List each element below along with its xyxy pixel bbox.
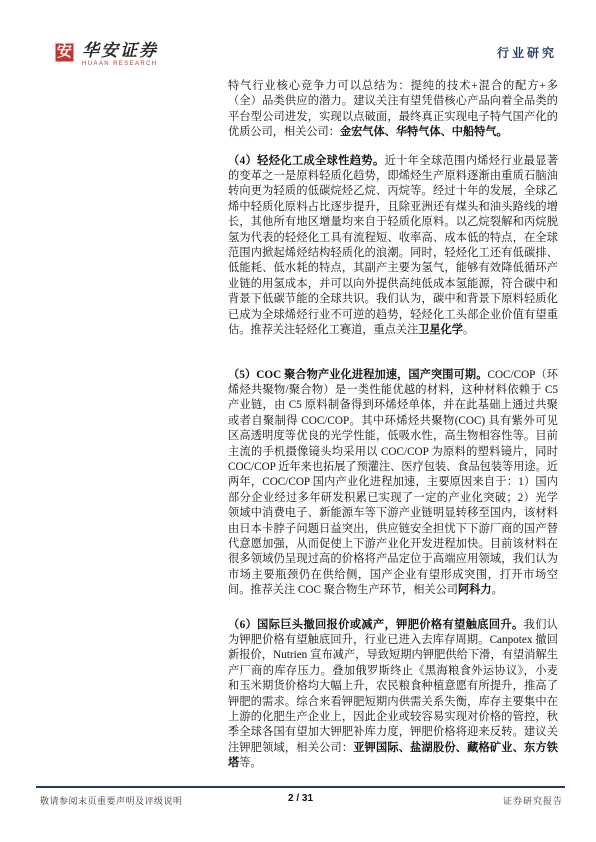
text-segment: 。	[463, 324, 474, 336]
text-segment-bold: 卫星化学	[418, 324, 463, 336]
text-segment: 近十年全球范围内烯烃行业最显著的变革之一是原料轻质化趋势，即烯烃生产原料逐渐由重…	[228, 155, 558, 336]
paragraph: 特气行业核心竞争力可以总结为：提纯的技术+混合的配方+多（全）品类供应的潜力。建…	[228, 79, 558, 141]
text-segment-bold: （4）轻烃化工成全球性趋势。	[228, 155, 385, 167]
paragraph: （6）国际巨头撤回报价或减产，钾肥价格有望触底回升。我们认为钾肥价格有望触底回升…	[228, 618, 558, 772]
brand-subtitle: HUAAN RESEARCH	[82, 61, 158, 67]
report-type-label: 行业研究	[497, 44, 557, 61]
page-header: 安 华安证券 HUAAN RESEARCH 行业研究	[48, 40, 557, 80]
text-segment-bold: 阿科力	[458, 584, 492, 596]
huaan-logo: 安 华安证券 HUAAN RESEARCH	[54, 42, 158, 67]
text-segment: 我们认为钾肥价格有望触底回升，行业已进入去库存周期。Canpotex 撤回新报价…	[228, 619, 558, 754]
footer-report-label: 证券研究报告	[503, 794, 563, 807]
footer-divider	[36, 786, 565, 788]
paragraph: （5）COC 聚合物产业化进程加速，国产突围可期。COC/COP（环烯烃共聚物/…	[228, 368, 558, 599]
text-segment-bold: 金宏气体、华特气体、中船特气。	[340, 126, 508, 138]
text-segment-bold: （6）国际巨头撤回报价或减产，钾肥价格有望触底回升。	[228, 619, 524, 631]
page-footer: 敬请参阅末页重要声明及评级说明 2 / 31 证券研究报告	[36, 792, 565, 808]
text-segment: COC/COP（环烯烃共聚物/聚合物）是一类性能优越的材料，这种材料依赖于 C5…	[228, 369, 558, 597]
text-segment-bold: （5）COC 聚合物产业化进程加速，国产突围可期。	[228, 369, 488, 381]
brand-block: 华安证券 HUAAN RESEARCH	[82, 42, 158, 67]
report-page: 安 华安证券 HUAAN RESEARCH 行业研究 特气行业核心竞争力可以总结…	[0, 0, 596, 842]
text-segment: 等。	[239, 757, 261, 769]
report-body: 特气行业核心竞争力可以总结为：提纯的技术+混合的配方+多（全）品类供应的潜力。建…	[228, 79, 558, 772]
brand-name: 华安证券	[82, 42, 158, 59]
text-segment: 。	[492, 584, 503, 596]
paragraph: （4）轻烃化工成全球性趋势。近十年全球范围内烯烃行业最显著的变革之一是原料轻质化…	[228, 154, 558, 339]
huaan-seal-icon: 安	[54, 42, 75, 63]
footer-page-number: 2 / 31	[36, 793, 565, 804]
